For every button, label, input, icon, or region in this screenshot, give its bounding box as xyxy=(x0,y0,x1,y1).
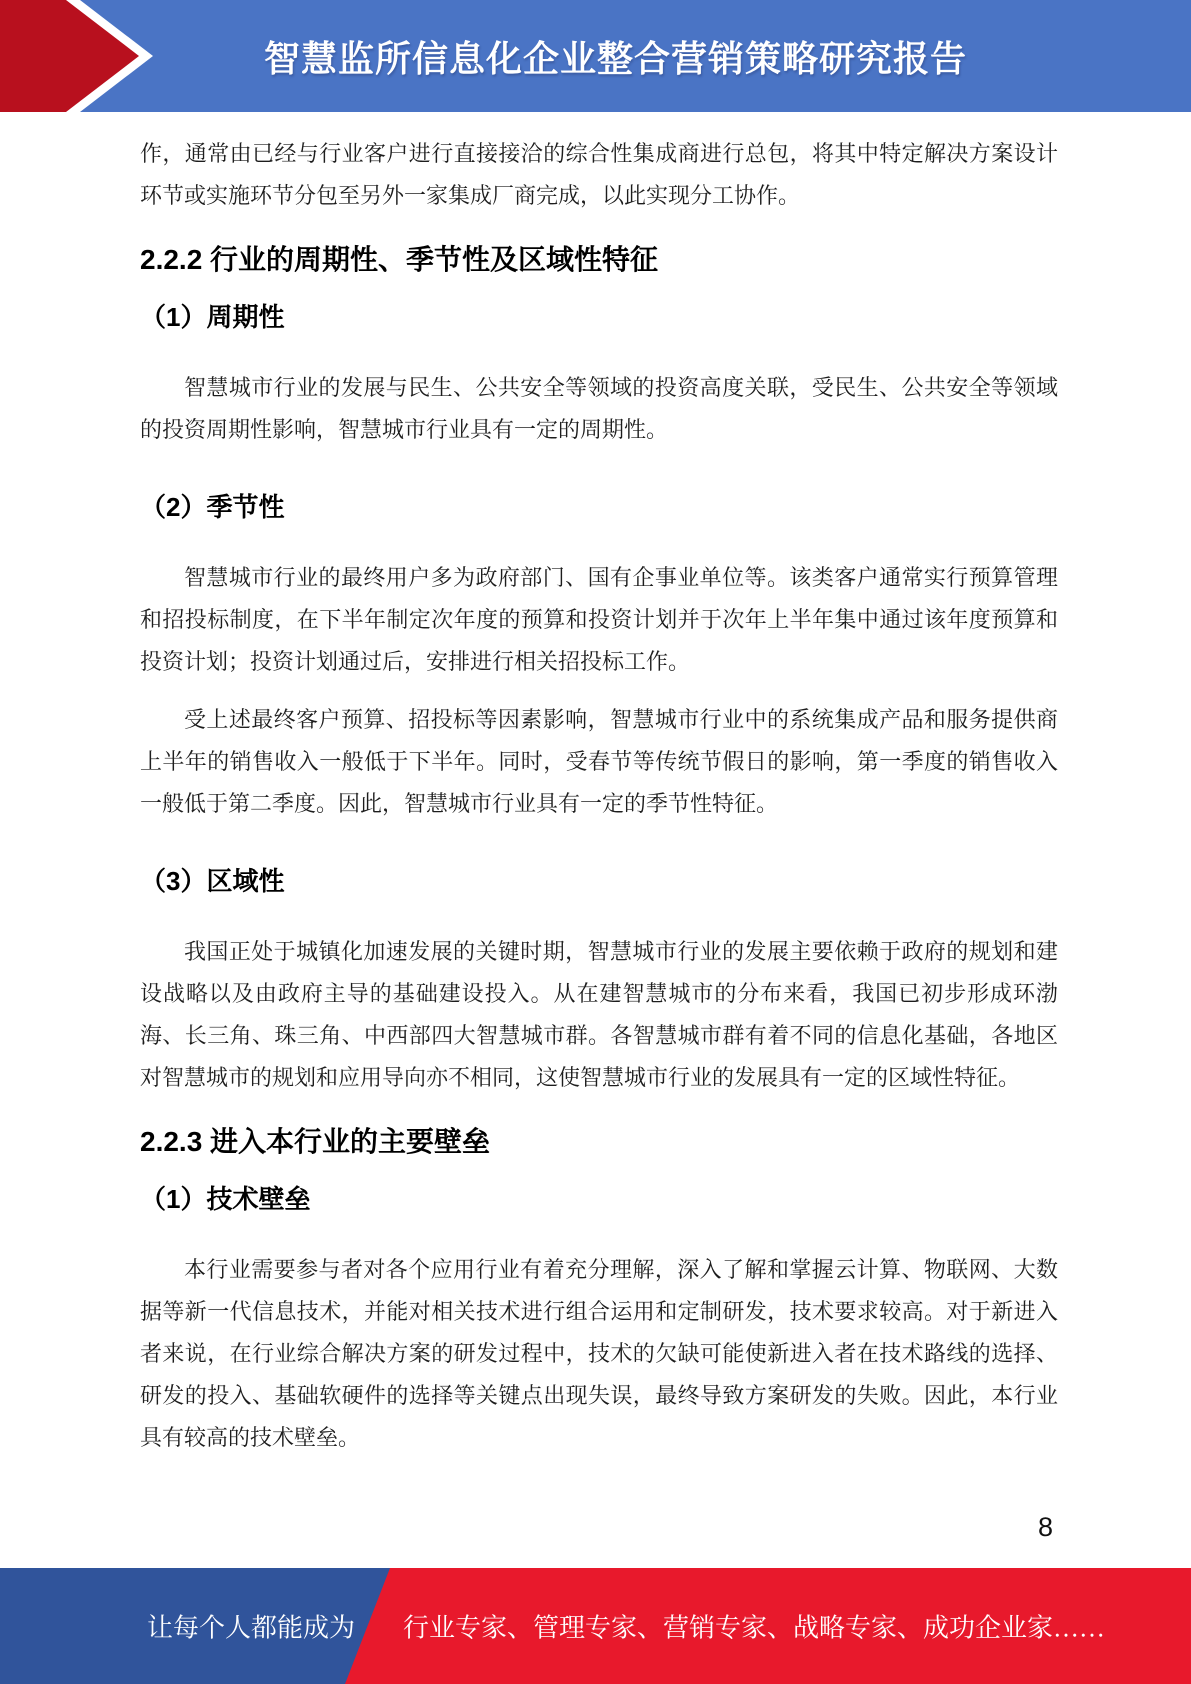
report-page: 智慧监所信息化企业整合营销策略研究报告 作，通常由已经与行业客户进行直接接洽的综… xyxy=(0,0,1191,1684)
paragraph-regionality: 我国正处于城镇化加速发展的关键时期，智慧城市行业的发展主要依赖于政府的规划和建设… xyxy=(140,931,1058,1099)
intro-paragraph: 作，通常由已经与行业客户进行直接接洽的综合性集成商进行总包，将其中特定解决方案设… xyxy=(140,133,1058,217)
page-title: 智慧监所信息化企业整合营销策略研究报告 xyxy=(0,0,1191,112)
footer-slogan-left: 让每个人都能成为 xyxy=(147,1608,355,1645)
paragraph-seasonality-2: 受上述最终客户预算、招投标等因素影响，智慧城市行业中的系统集成产品和服务提供商上… xyxy=(140,699,1058,825)
subsection-heading-tech-barrier: （1）技术壁垒 xyxy=(140,1183,1058,1215)
section-heading-2-2-3: 2.2.3 进入本行业的主要壁垒 xyxy=(140,1125,1058,1159)
section-heading-2-2-2: 2.2.2 行业的周期性、季节性及区域性特征 xyxy=(140,243,1058,277)
paragraph-seasonality-1: 智慧城市行业的最终用户多为政府部门、国有企事业单位等。该类客户通常实行预算管理和… xyxy=(140,557,1058,683)
paragraph-periodicity: 智慧城市行业的发展与民生、公共安全等领域的投资高度关联，受民生、公共安全等领域的… xyxy=(140,367,1058,451)
subsection-heading-seasonality: （2）季节性 xyxy=(140,491,1058,523)
subsection-heading-periodicity: （1）周期性 xyxy=(140,301,1058,333)
footer-slogan-right: 行业专家、管理专家、营销专家、战略专家、成功企业家…… xyxy=(403,1608,1105,1645)
paragraph-tech-barrier: 本行业需要参与者对各个应用行业有着充分理解，深入了解和掌握云计算、物联网、大数据… xyxy=(140,1249,1058,1459)
page-footer: 让每个人都能成为 行业专家、管理专家、营销专家、战略专家、成功企业家…… xyxy=(0,1568,1191,1684)
content-area: 作，通常由已经与行业客户进行直接接洽的综合性集成商进行总包，将其中特定解决方案设… xyxy=(0,112,1191,1459)
subsection-heading-regionality: （3）区域性 xyxy=(140,865,1058,897)
page-header: 智慧监所信息化企业整合营销策略研究报告 xyxy=(0,0,1191,112)
page-number: 8 xyxy=(1038,1512,1053,1543)
